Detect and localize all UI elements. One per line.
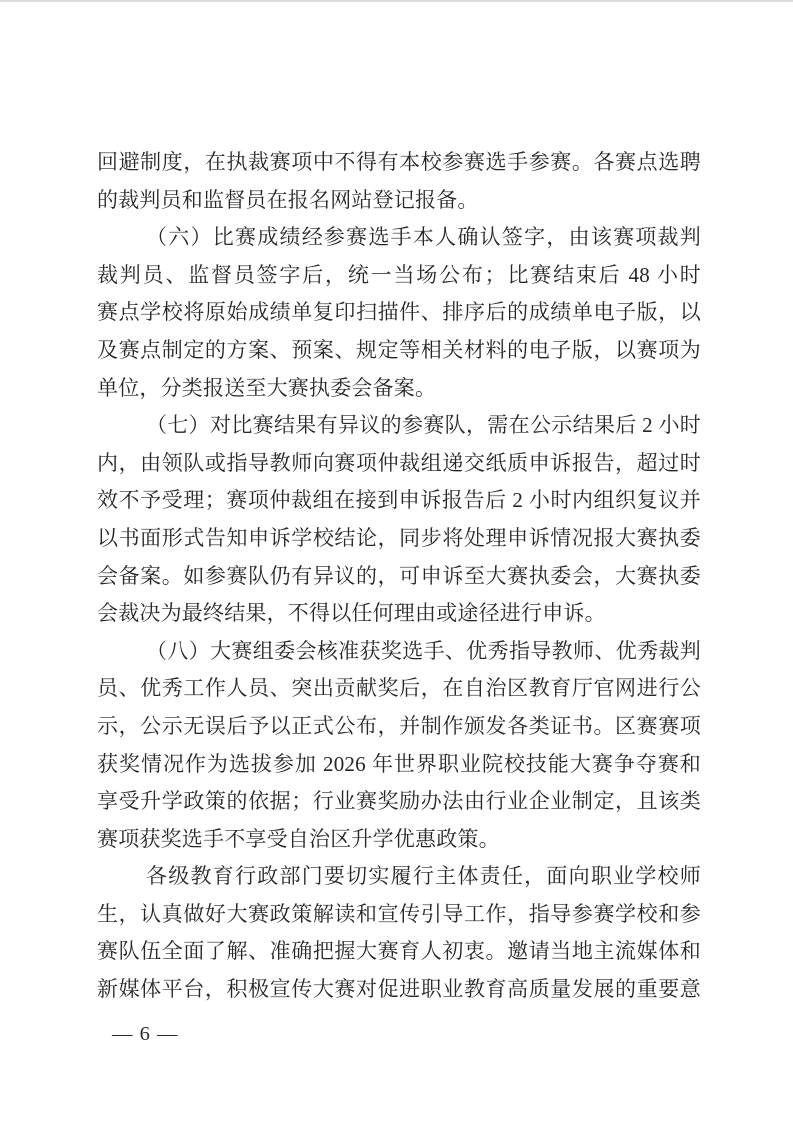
text-line: 回避制度，在执裁赛项中不得有本校参赛选手参赛。各赛点选聘 (97, 144, 701, 182)
text-line: （八）大赛组委会核准获奖选手、优秀指导教师、优秀裁判 (97, 633, 701, 671)
text-line: 以书面形式告知申诉学校结论，同步将处理申诉情况报大赛执委 (97, 520, 701, 558)
text-line: 内，由领队或指导教师向赛项仲裁组递交纸质申诉报告，超过时 (97, 445, 701, 483)
text-line: 赛项获奖选手不享受自治区升学优惠政策。 (97, 821, 701, 859)
page-number: — 6 — (112, 1023, 179, 1045)
text-line: 单位，分类报送至大赛执委会备案。 (97, 370, 701, 408)
document-page: 回避制度，在执裁赛项中不得有本校参赛选手参赛。各赛点选聘 的裁判员和监督员在报名… (0, 0, 793, 1122)
text-line: 生，认真做好大赛政策解读和宣传引导工作，指导参赛学校和参 (97, 896, 701, 934)
document-body: 回避制度，在执裁赛项中不得有本校参赛选手参赛。各赛点选聘 的裁判员和监督员在报名… (97, 144, 701, 1009)
text-line: 各级教育行政部门要切实履行主体责任，面向职业学校师 (97, 858, 701, 896)
text-line: 获奖情况作为选拔参加 2026 年世界职业院校技能大赛争夺赛和 (97, 746, 701, 784)
text-line: （六）比赛成绩经参赛选手本人确认签字，由该赛项裁判长、 (97, 219, 701, 257)
text-line: 的裁判员和监督员在报名网站登记报备。 (97, 182, 701, 220)
text-line: 赛队伍全面了解、准确把握大赛育人初衷。邀请当地主流媒体和 (97, 933, 701, 971)
text-line: 效不予受理；赛项仲裁组在接到申诉报告后 2 小时内组织复议并 (97, 482, 701, 520)
page-footer: — 6 — (112, 1019, 179, 1049)
text-line: 新媒体平台，积极宣传大赛对促进职业教育高质量发展的重要意 (97, 971, 701, 1009)
text-line: 裁判员、监督员签字后，统一当场公布；比赛结束后 48 小时内， (97, 257, 701, 295)
text-line: 示，公示无误后予以正式公布，并制作颁发各类证书。区赛赛项 (97, 708, 701, 746)
text-line: 会备案。如参赛队仍有异议的，可申诉至大赛执委会，大赛执委 (97, 558, 701, 596)
text-line: 会裁决为最终结果，不得以任何理由或途径进行申诉。 (97, 595, 701, 633)
text-line: （七）对比赛结果有异议的参赛队，需在公示结果后 2 小时 (97, 407, 701, 445)
text-line: 及赛点制定的方案、预案、规定等相关材料的电子版，以赛项为 (97, 332, 701, 370)
text-line: 员、优秀工作人员、突出贡献奖后，在自治区教育厅官网进行公 (97, 670, 701, 708)
text-line: 赛点学校将原始成绩单复印扫描件、排序后的成绩单电子版，以 (97, 294, 701, 332)
scan-top-edge-line (0, 0, 793, 2)
text-line: 享受升学政策的依据；行业赛奖励办法由行业企业制定，且该类 (97, 783, 701, 821)
